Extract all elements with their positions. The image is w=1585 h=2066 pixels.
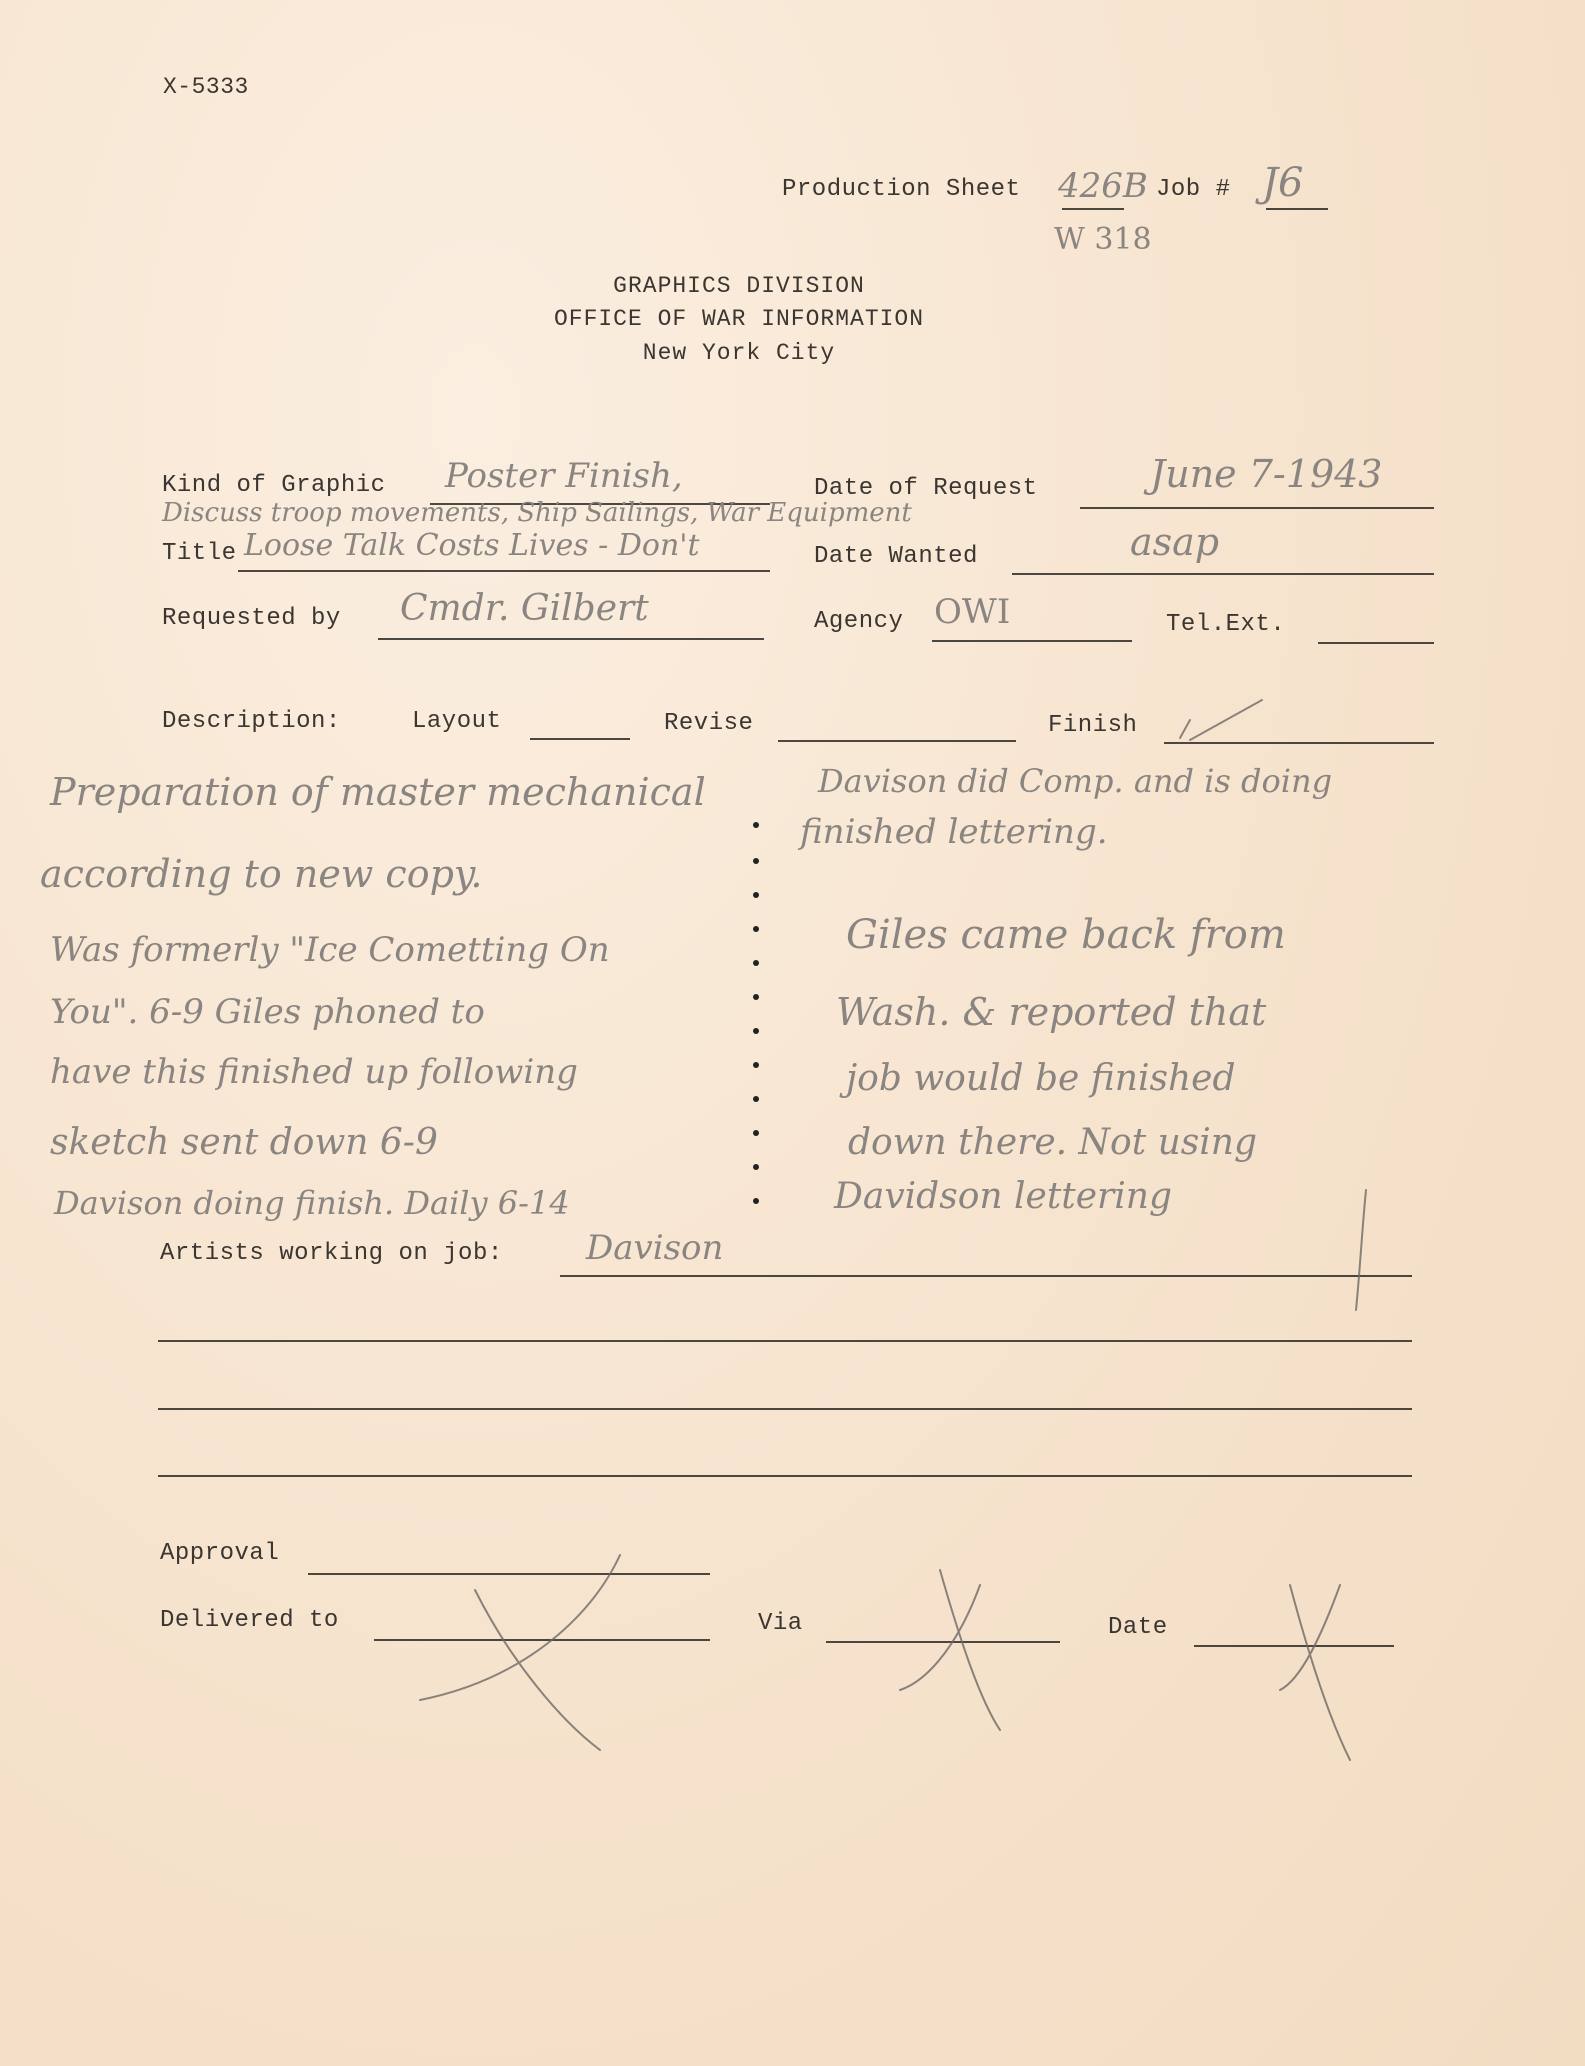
finish-checkmark-icon <box>1180 700 1262 740</box>
x-mark-icon <box>420 1555 620 1700</box>
pencil-marks <box>0 0 1585 2066</box>
production-sheet-document: X-5333 Production Sheet 426B Job # J6 W … <box>0 0 1585 2066</box>
x-mark-icon <box>900 1585 980 1690</box>
x-mark-icon <box>1280 1585 1340 1690</box>
